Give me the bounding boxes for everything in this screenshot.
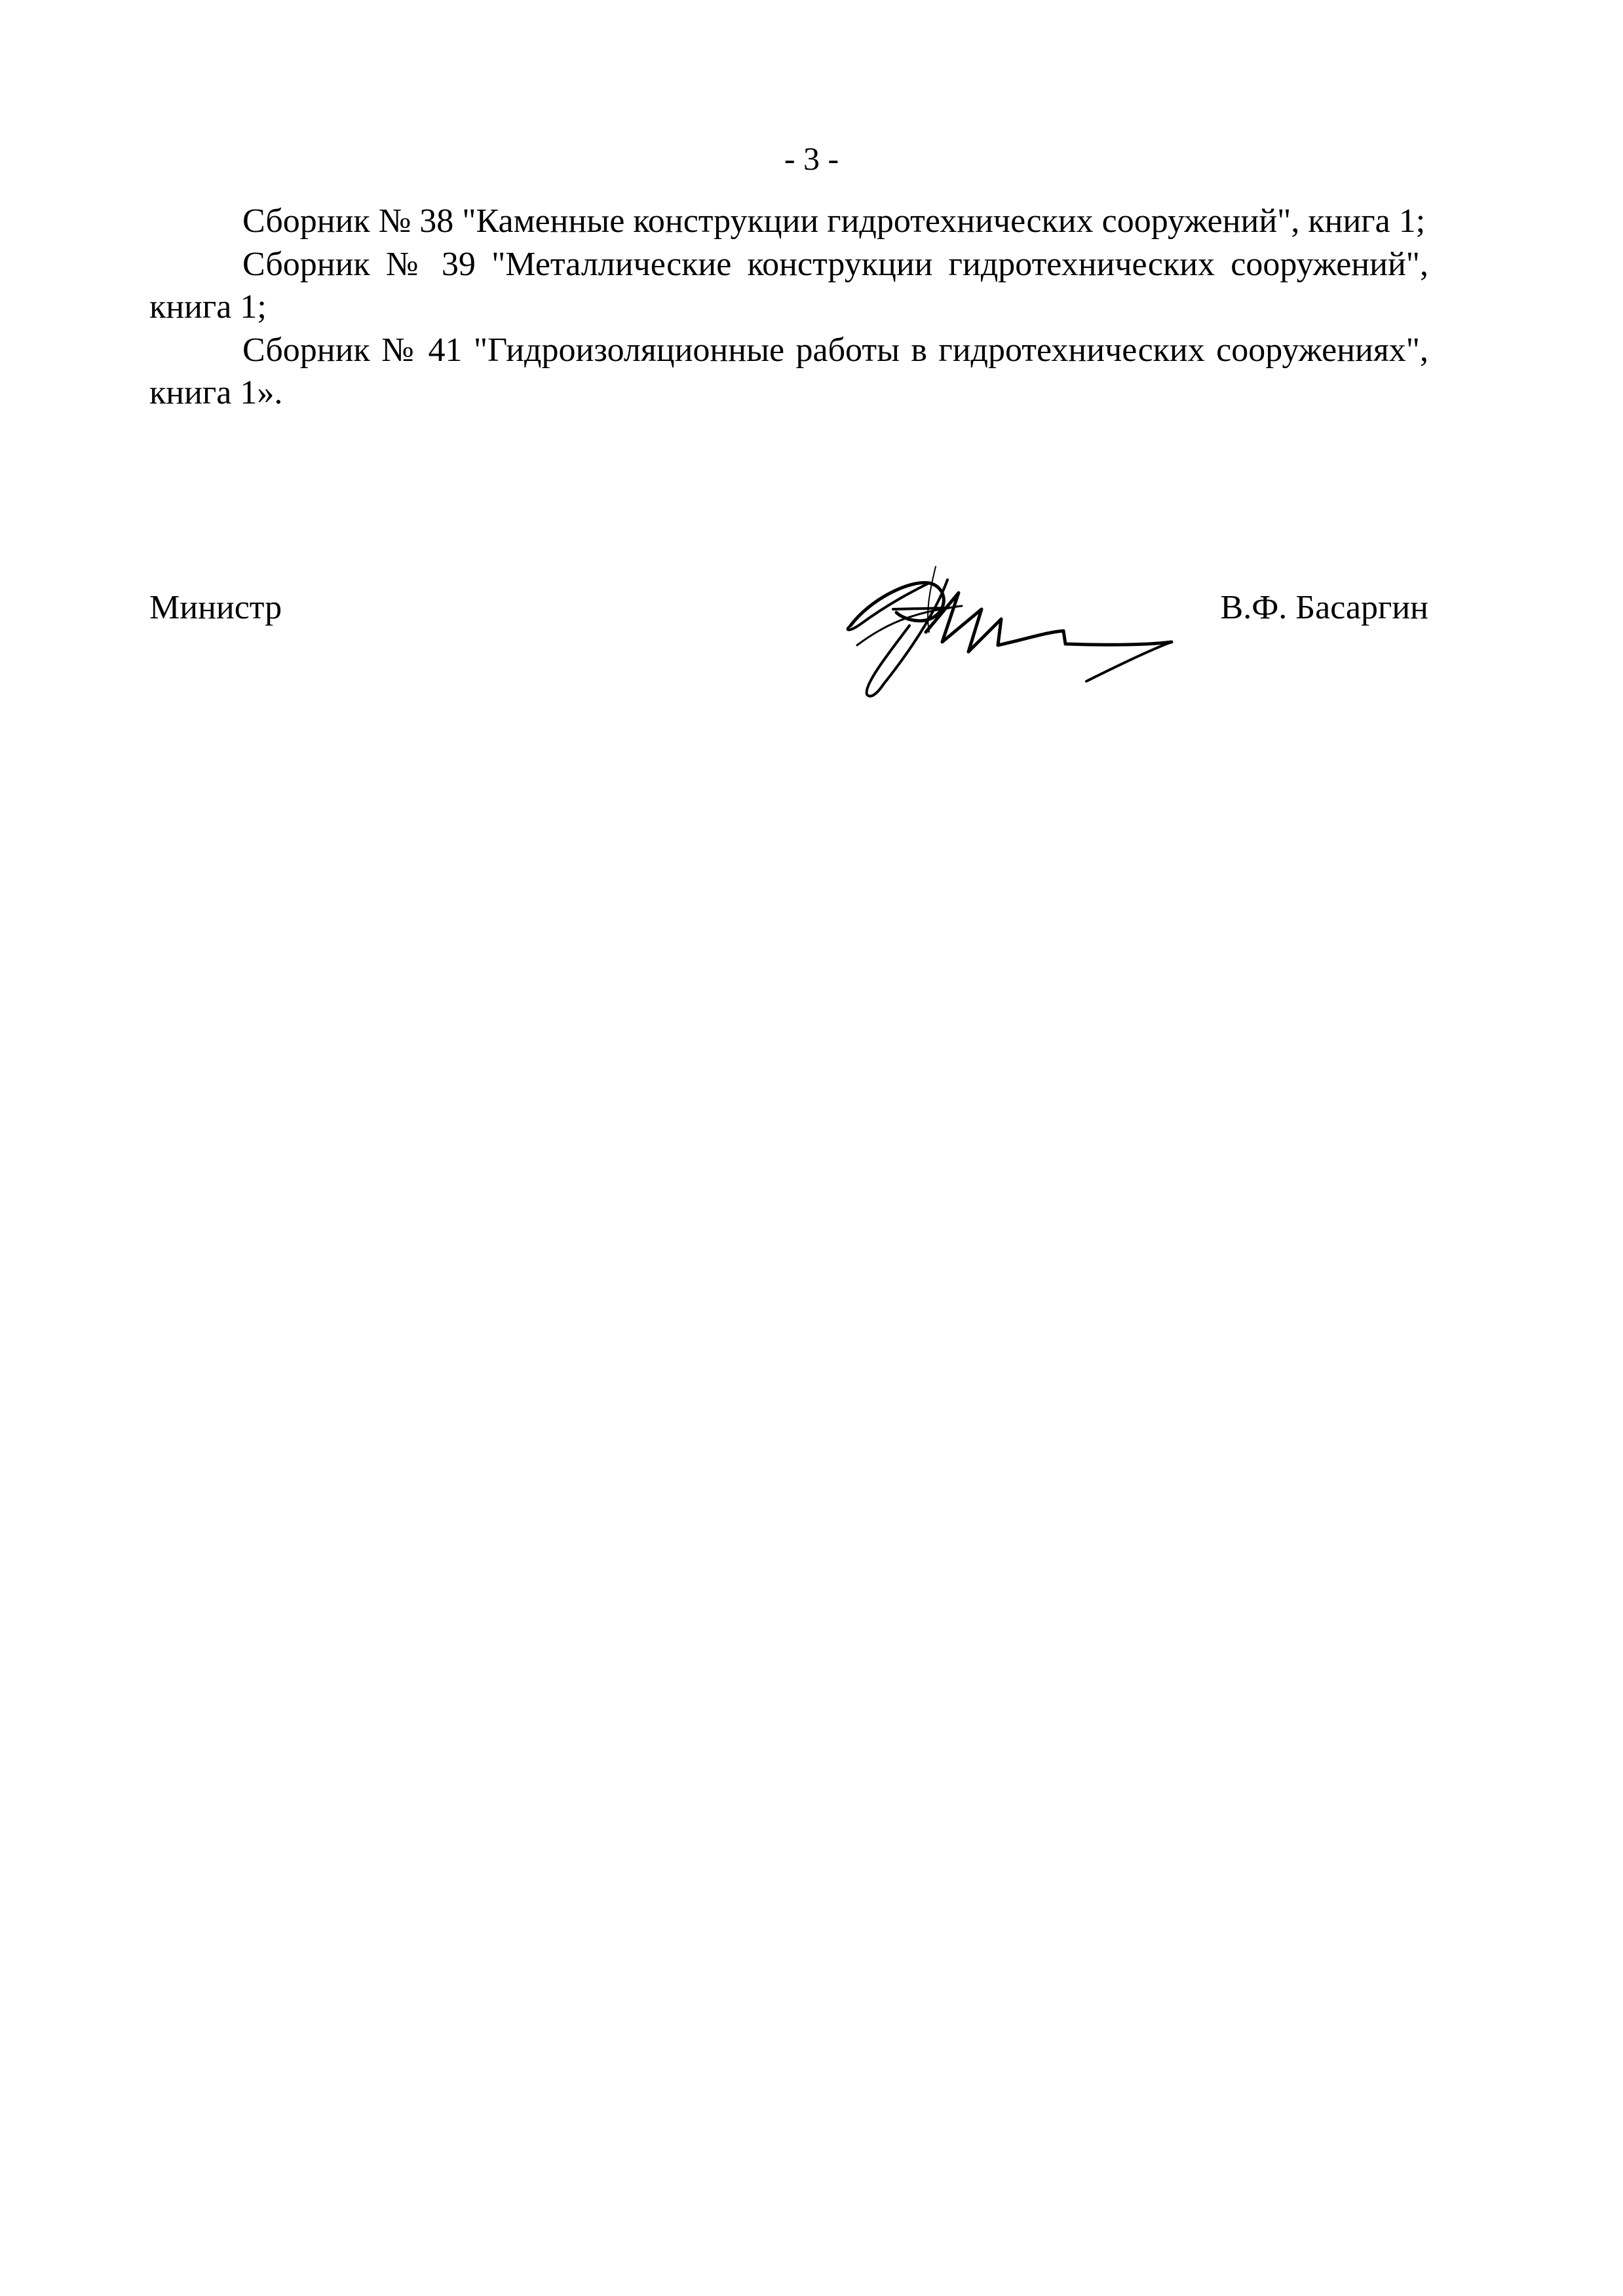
paragraph-collection-39: Сборник № 39 "Металлические конструкции … [149,243,1428,329]
signer-name: В.Ф. Басаргин [1221,586,1428,629]
signature-block: Министр В.Ф. Басаргин [149,586,1428,730]
paragraph-collection-41: Сборник № 41 "Гидроизоляционные работы в… [149,329,1428,415]
document-body: Сборник № 38 "Каменные конструкции гидро… [149,200,1428,415]
paragraph-collection-38: Сборник № 38 "Каменные конструкции гидро… [149,200,1428,243]
page-number: - 3 - [0,139,1623,178]
handwritten-signature-icon [831,554,1250,704]
signer-position: Министр [149,586,282,629]
